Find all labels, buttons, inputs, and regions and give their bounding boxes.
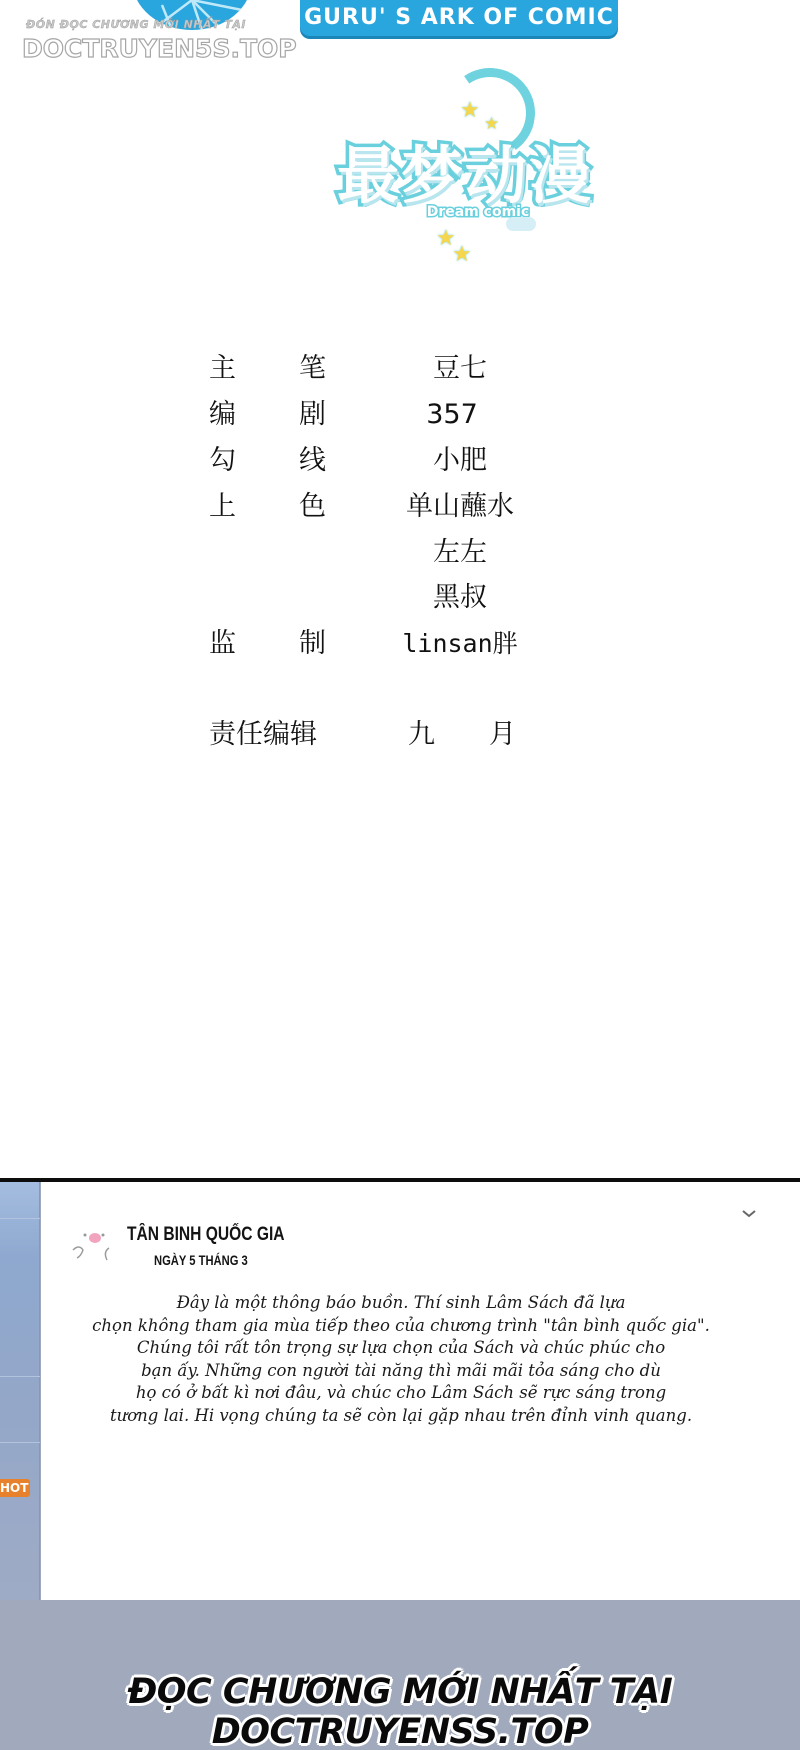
- credit-name: 黑叔: [380, 578, 540, 618]
- chevron-down-icon[interactable]: [741, 1206, 757, 1222]
- credit-row: 勾 线 小肥: [0, 441, 800, 481]
- promo-banner: ĐỌC CHƯƠNG MỚI NHẤT TẠI DOCTRUYENSS.TOP: [0, 1672, 800, 1750]
- cloud-icon: [506, 217, 536, 231]
- credit-row: 黑叔: [0, 578, 800, 618]
- notice-title: TÂN BINH QUỐC GIA: [127, 1224, 285, 1246]
- notice-line: tương lai. Hi vọng chúng ta sẽ còn lại g…: [41, 1405, 761, 1428]
- watermark-site: DOCTRUYEN5S.TOP: [22, 34, 297, 63]
- dream-comic-logo: ★ ★ 最梦动漫 Dream comic ★ ★: [310, 62, 620, 272]
- credit-name: 357: [372, 395, 532, 435]
- notice-line: họ có ở bất kì nơi đâu, và chúc cho Lâm …: [41, 1382, 761, 1405]
- credit-name: 单山蘸水: [380, 487, 540, 527]
- mascot-face-icon: [69, 1228, 113, 1262]
- side-app-list: HOT: [0, 1182, 40, 1600]
- publisher-banner: GURU' S ARK OF COMIC: [300, 0, 618, 36]
- credit-name: 小肥: [380, 441, 540, 481]
- watermark-tagline: ĐÓN ĐỌC CHƯƠNG MỚI NHẤT TẠI: [26, 18, 246, 31]
- credit-row: 左左: [0, 533, 800, 573]
- notice-line: chọn không tham gia mùa tiếp theo của ch…: [41, 1315, 761, 1338]
- notice-body: Đây là một thông báo buồn. Thí sinh Lâm …: [41, 1292, 761, 1427]
- credit-row: 上 色 单山蘸水: [0, 487, 800, 527]
- hot-badge: HOT: [0, 1479, 30, 1497]
- credit-name: linsan胖: [390, 624, 530, 664]
- star-icon: ★: [452, 244, 472, 266]
- credit-name: 左左: [380, 533, 540, 573]
- star-icon: ★: [460, 100, 480, 122]
- notice-date: NGÀY 5 THÁNG 3: [154, 1252, 248, 1268]
- credit-name: 九 月: [402, 715, 522, 755]
- credit-row: 责任编辑 九 月: [0, 715, 800, 755]
- notice-line: Đây là một thông báo buồn. Thí sinh Lâm …: [41, 1292, 761, 1315]
- logo-title: 最梦动漫: [310, 126, 620, 215]
- embedded-app-screenshot: HOT TÂN BINH QUỐC GIA NGÀY 5 THÁNG 3 Đây…: [0, 1182, 800, 1750]
- credit-name: 豆七: [380, 349, 540, 389]
- credit-row: 主 笔 豆七: [0, 349, 800, 389]
- notice-card: TÂN BINH QUỐC GIA NGÀY 5 THÁNG 3 Đây là …: [41, 1182, 800, 1600]
- notice-line: Chúng tôi rất tôn trọng sự lựa chọn của …: [41, 1337, 761, 1360]
- notice-line: bạn ấy. Những con người tài năng thì mãi…: [41, 1360, 761, 1383]
- credit-row: 监 制 linsan胖: [0, 624, 800, 664]
- credit-row: 编 剧 357: [0, 395, 800, 435]
